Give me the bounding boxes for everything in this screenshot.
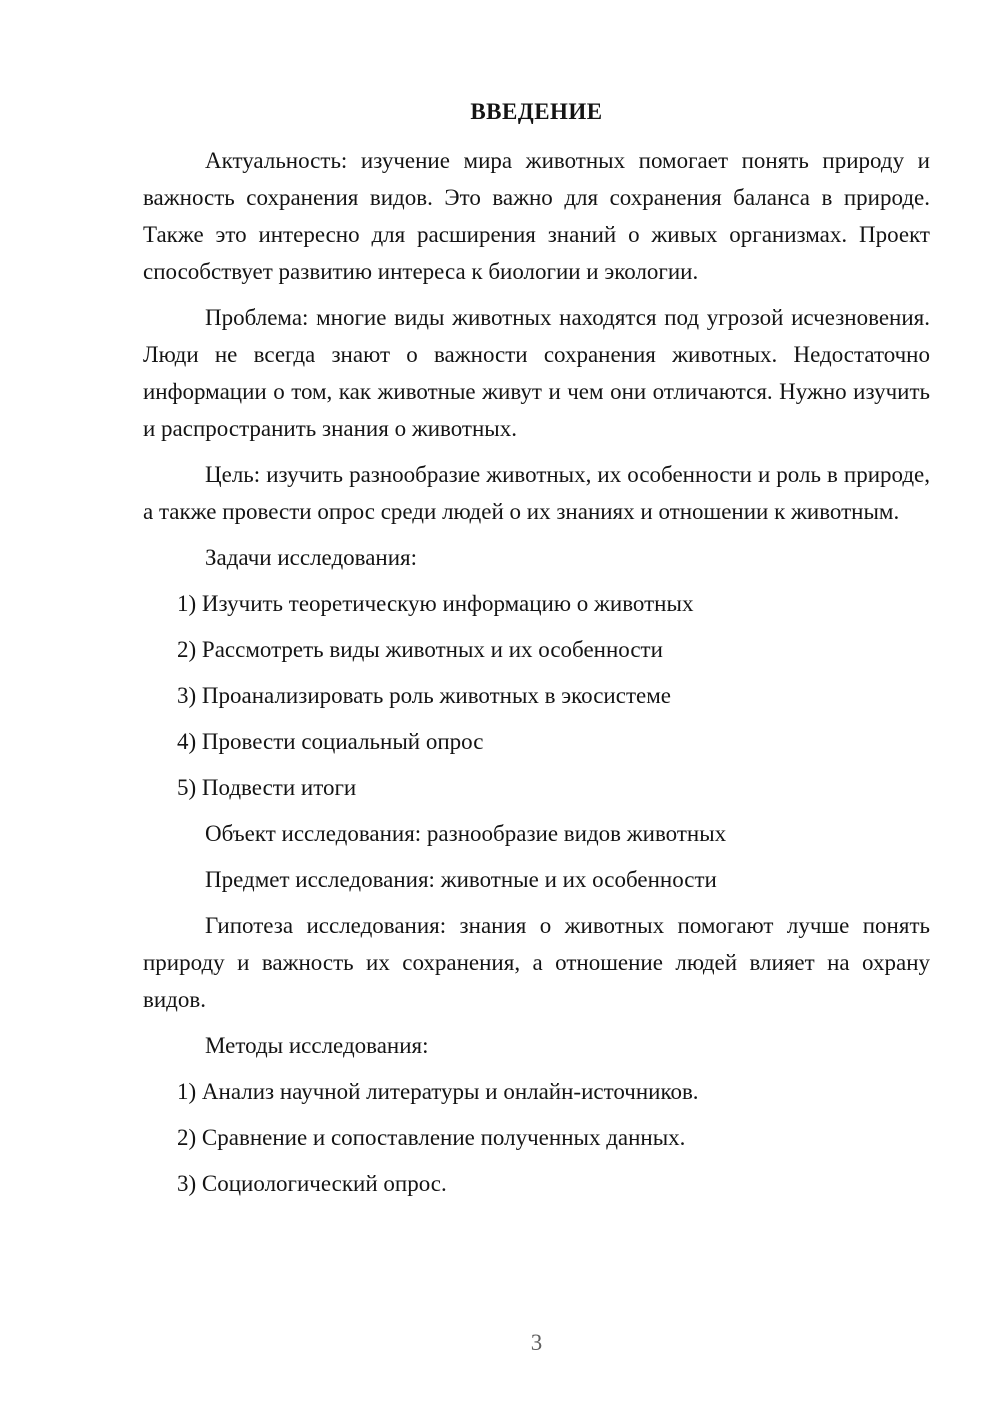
task-item-5: 5) Подвести итоги bbox=[177, 769, 930, 806]
paragraph-hypothesis: Гипотеза исследования: знания о животных… bbox=[143, 907, 930, 1018]
heading-methods: Методы исследования: bbox=[143, 1027, 930, 1064]
paragraph-object: Объект исследования: разнообразие видов … bbox=[143, 815, 930, 852]
method-item-3: 3) Социологический опрос. bbox=[177, 1165, 930, 1202]
paragraph-goal: Цель: изучить разнообразие животных, их … bbox=[143, 456, 930, 530]
paragraph-relevance: Актуальность: изучение мира животных пом… bbox=[143, 142, 930, 290]
paragraph-problem: Проблема: многие виды животных находятся… bbox=[143, 299, 930, 447]
page-number: 3 bbox=[143, 1329, 930, 1357]
task-item-1: 1) Изучить теоретическую информацию о жи… bbox=[177, 585, 930, 622]
task-item-2: 2) Рассмотреть виды животных и их особен… bbox=[177, 631, 930, 668]
page-content: ВВЕДЕНИЕ Актуальность: изучение мира жив… bbox=[0, 0, 1000, 1202]
page-title: ВВЕДЕНИЕ bbox=[143, 93, 930, 130]
task-item-3: 3) Проанализировать роль животных в экос… bbox=[177, 677, 930, 714]
task-item-4: 4) Провести социальный опрос bbox=[177, 723, 930, 760]
document-page: ВВЕДЕНИЕ Актуальность: изучение мира жив… bbox=[0, 0, 1000, 1414]
heading-tasks: Задачи исследования: bbox=[143, 539, 930, 576]
method-item-1: 1) Анализ научной литературы и онлайн-ис… bbox=[177, 1073, 930, 1110]
method-item-2: 2) Сравнение и сопоставление полученных … bbox=[177, 1119, 930, 1156]
paragraph-subject: Предмет исследования: животные и их особ… bbox=[143, 861, 930, 898]
